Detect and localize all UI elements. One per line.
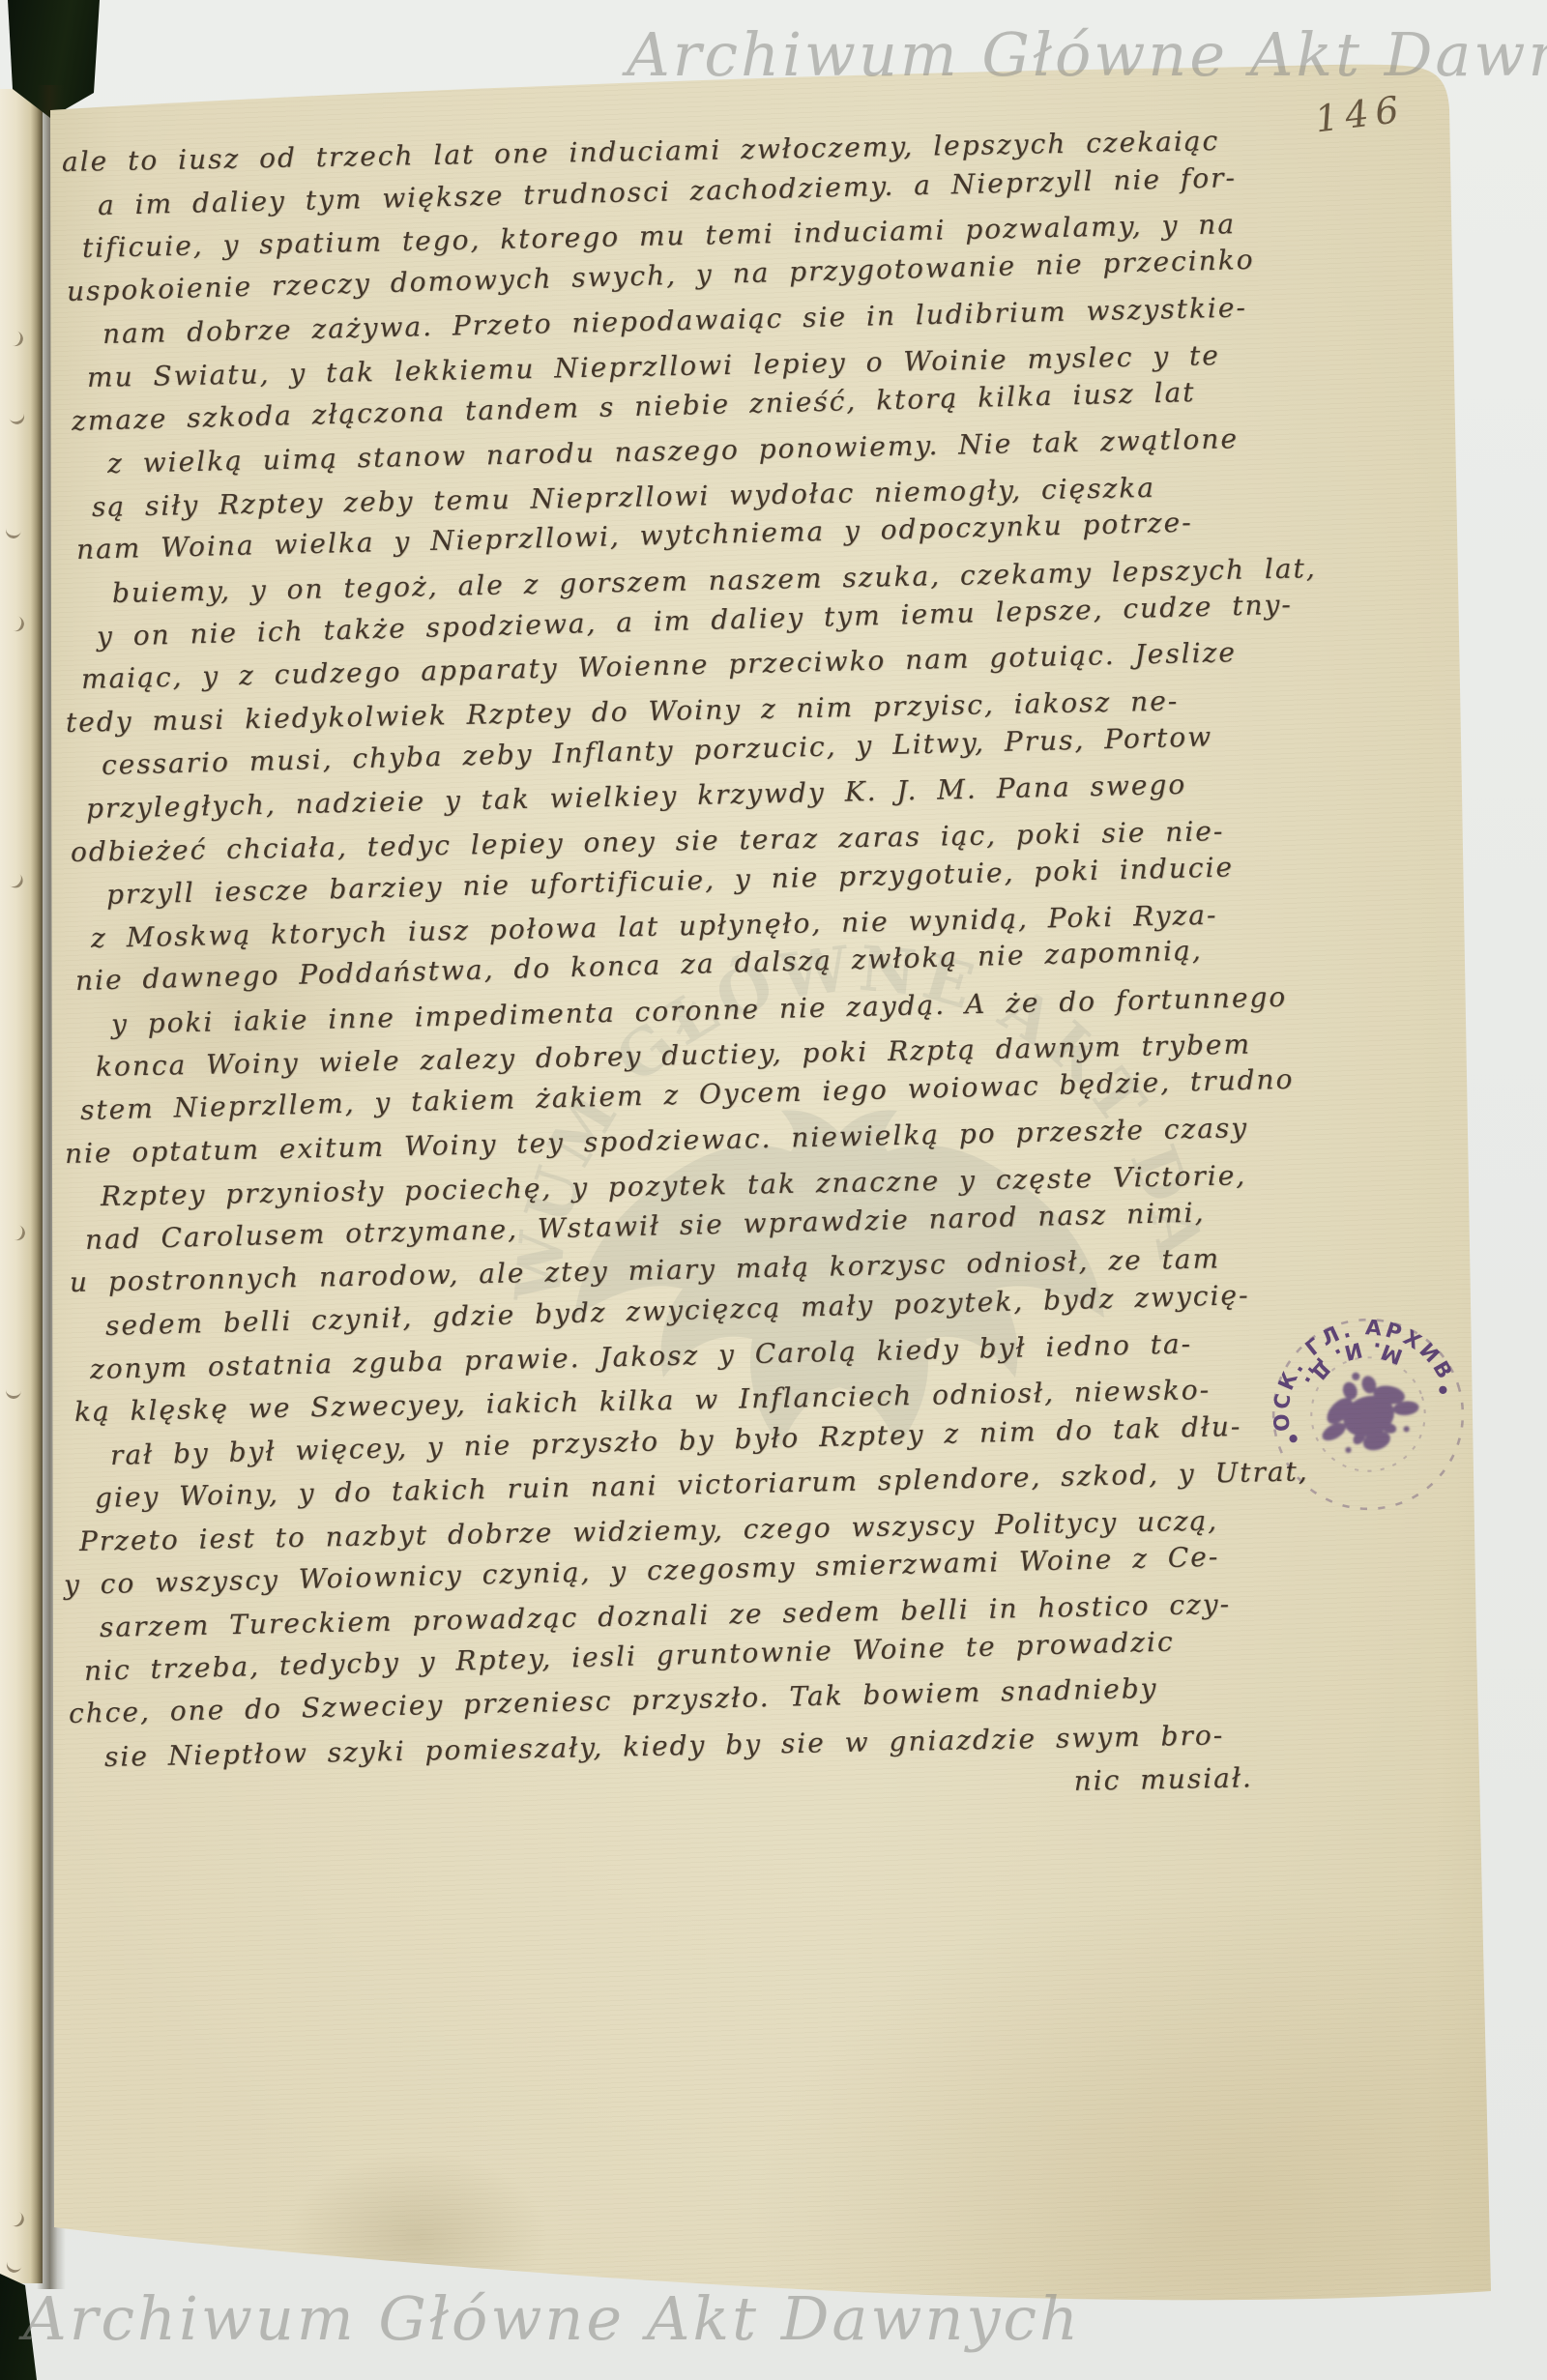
manuscript-line: tedy musi kiedykolwiek Rzptey do Woiny z… (66, 678, 1302, 745)
manuscript-line: maiąc, y z cudzego apparaty Woienne prze… (80, 629, 1317, 701)
manuscript-line: ką klęskę we Szwecyey, iakich kilka w In… (74, 1367, 1311, 1435)
manuscript-line: sarzem Tureckiem prowadząc doznali ze se… (100, 1582, 1336, 1650)
ghost-eagle-shape (574, 1110, 1104, 1447)
manuscript-line: nic trzeba, tedycby y Rptey, iesli grunt… (83, 1616, 1320, 1693)
folio-number: 146 (1313, 87, 1408, 140)
manuscript-line: z Moskwą ktorych iusz połowa lat upłynęł… (91, 891, 1328, 960)
manuscript-line: nie optatum exitum Woiny tey spodziewac.… (65, 1105, 1301, 1175)
facing-page-ink-mark (5, 1380, 22, 1399)
stamp-dot-right (1438, 1385, 1447, 1395)
facing-page-ink-mark (4, 329, 25, 349)
facing-page-ink-mark (3, 868, 26, 891)
svg-text:ARCHIWUM GŁÓWNE AKT DAWNYCH: ARCHIWUM GŁÓWNE AKT DAWNYCH (483, 875, 1216, 1305)
manuscript-line: Przeto iest to nazbyt dobrze widziemy, c… (79, 1498, 1316, 1564)
facing-page-ink-mark (4, 2253, 24, 2275)
archive-watermark-bottom: Archiwum Główne Akt Dawnych (23, 2289, 1081, 2349)
facing-page-ink-mark (6, 1223, 27, 1243)
manuscript-line: konca Woiny wiele zalezy dobrey ductiey,… (96, 1022, 1332, 1089)
facing-page-ink-mark (4, 2208, 27, 2230)
manuscript-line: przyległych, nadzieie y tak wielkiey krz… (86, 761, 1323, 831)
manuscript-line: zmaze szkoda złączona tandem s niebie zn… (71, 368, 1307, 444)
ghost-watermark-text: ARCHIWUM GŁÓWNE AKT DAWNYCH (483, 875, 1216, 1305)
manuscript-line: buiemy, y on tegoż, ale z gorszem naszem… (112, 546, 1349, 615)
manuscript-text-block: ale to iusz od trzech lat one induciami … (62, 141, 1298, 1822)
archive-watermark-top: Archiwum Główne Akt Dawnych (627, 25, 1547, 85)
manuscript-line: sedem belli czynił, gdzie bydz zwycięzcą… (104, 1271, 1341, 1348)
manuscript-line: nic musiał. (62, 1756, 1299, 1822)
manuscript-line: uspokoienie rzeczy domowych swych, y na … (66, 237, 1302, 313)
manuscript-line: a im daliey tym większe trudnosci zachod… (97, 154, 1333, 227)
manuscript-line: chce, one do Szweciey przeniesc przyszło… (68, 1665, 1304, 1736)
manuscript-line: są siły Rzptey zeby temu Nieprzllowi wyd… (92, 463, 1328, 529)
manuscript-line: nam Woina wielka y Nieprzllowi, wytchnie… (75, 499, 1312, 572)
manuscript-line: sie Nieptłow szyki pomieszały, kiedy by … (104, 1712, 1341, 1780)
archive-stamp: МОСК. ГЛ. АРХИВЪ М. И. Д. (1269, 1315, 1468, 1514)
manuscript-line: tificuie, y spatium tego, ktorego mu tem… (82, 202, 1319, 271)
manuscript-line: nad Carolusem otrzymane, Wstawił sie wpr… (84, 1188, 1321, 1262)
manuscript-line: przyll iescze barziey nie ufortificuie, … (105, 844, 1342, 917)
manuscript-line: stem Nieprzllem, y takiem żakiem z Oycem… (79, 1058, 1316, 1133)
manuscript-line: y co wszyscy Woiownicy czynią, y czegosm… (63, 1533, 1299, 1607)
manuscript-line: y on nie ich także spodziewa, a im dalie… (96, 582, 1332, 658)
manuscript-page: ARCHIWUM GŁÓWNE AKT DAWNYCH 146 ale to i… (0, 0, 1547, 2380)
manuscript-line: y poki iakie inne impedimenta coronne ni… (110, 974, 1347, 1046)
manuscript-line: zonym ostatnia zguba prawie. Jakosz y Ca… (89, 1320, 1326, 1391)
agad-eagle-ghost-watermark: ARCHIWUM GŁÓWNE AKT DAWNYCH (483, 875, 1238, 1648)
stamp-dot-left (1288, 1434, 1298, 1443)
archival-manuscript-scan: ARCHIWUM GŁÓWNE AKT DAWNYCH 146 ale to i… (0, 0, 1547, 2380)
facing-page-ink-mark (6, 405, 26, 426)
manuscript-line: nie dawnego Poddaństwa, do konca za dals… (74, 927, 1311, 1003)
manuscript-line: mu Swiatu, y tak lekkiemu Nieprzllowi le… (87, 333, 1324, 400)
facing-page-ink-mark (5, 520, 23, 540)
manuscript-line: giey Woiny, y do takich ruin nani victor… (95, 1450, 1331, 1521)
manuscript-line: odbieżeć chciała, tedyc lepiey oney sie … (71, 808, 1307, 874)
manuscript-line: z wielką uimą stanow narodu naszego pono… (107, 416, 1344, 486)
manuscript-line: u postronnych narodow, ale ztey miary ma… (70, 1236, 1306, 1305)
manuscript-line: nam dobrze zażywa. Przeto niepodawaiąc s… (102, 285, 1338, 357)
manuscript-line: ale to iusz od trzech lat one induciami … (62, 119, 1299, 185)
manuscript-line: Rzptey przyniosły pociechę, y pozytek ta… (101, 1153, 1337, 1219)
manuscript-line: rał by był więcey, y nie przyszło by był… (109, 1403, 1346, 1478)
manuscript-line: cessario musi, chyba zeby Inflanty porzu… (101, 712, 1337, 788)
facing-page-ink-mark (5, 614, 26, 634)
